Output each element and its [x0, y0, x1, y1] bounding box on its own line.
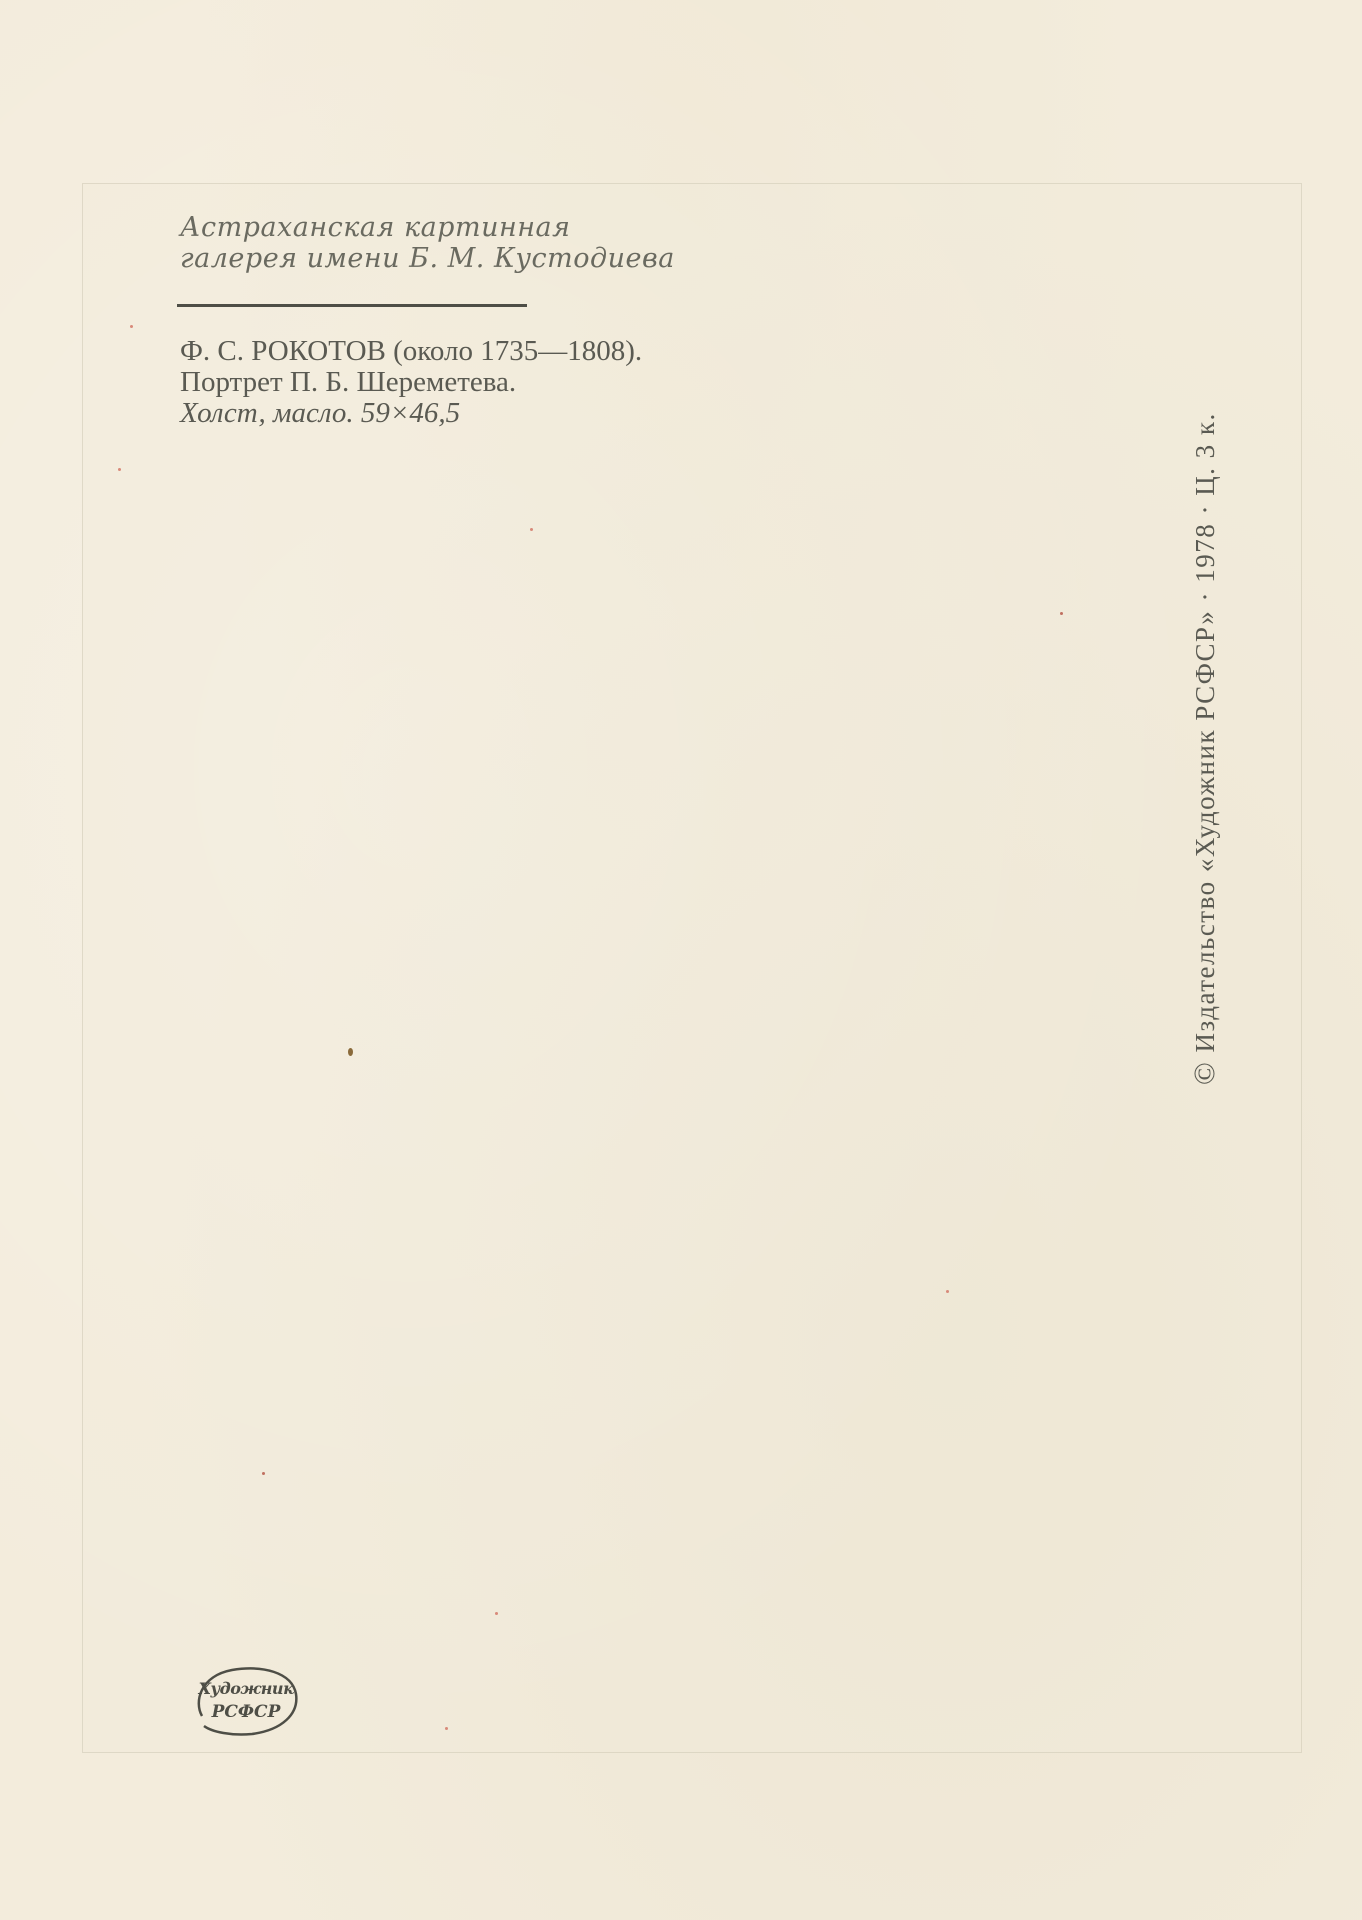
- paper-speck: [262, 1472, 265, 1475]
- imprint-text: Издательство «Художник РСФСР» · 1978 · Ц…: [1190, 412, 1220, 1052]
- paper-speck: [445, 1727, 448, 1730]
- paper-speck: [530, 528, 533, 531]
- paper-speck: [946, 1290, 949, 1293]
- publisher-imprint: © Издательство «Художник РСФСР» · 1978 ·…: [1188, 412, 1222, 1085]
- logo-line-1: Художник: [192, 1679, 300, 1698]
- artist-line: Ф. С. РОКОТОВ (около 1735—1808).: [180, 336, 642, 367]
- artwork-medium: Холст, масло. 59×46,5: [180, 398, 642, 429]
- logo-line-2: РСФСР: [192, 1702, 300, 1722]
- paper-speck: [118, 468, 121, 471]
- paper-speck: [495, 1612, 498, 1615]
- divider-rule: [177, 304, 527, 307]
- paper-speck: [1060, 612, 1063, 615]
- paper-speck: [130, 325, 133, 328]
- gallery-name: Астраханская картинная галерея имени Б. …: [180, 212, 675, 274]
- artwork-title: Портрет П. Б. Шереметева.: [180, 367, 642, 398]
- publisher-logo: Художник РСФСР: [192, 1664, 300, 1740]
- copyright-icon: ©: [1188, 1061, 1221, 1085]
- paper-speck: [348, 1048, 353, 1056]
- artwork-caption: Ф. С. РОКОТОВ (около 1735—1808). Портрет…: [180, 336, 642, 429]
- gallery-name-line-2: галерея имени Б. М. Кустодиева: [180, 243, 675, 274]
- gallery-name-line-1: Астраханская картинная: [180, 212, 675, 243]
